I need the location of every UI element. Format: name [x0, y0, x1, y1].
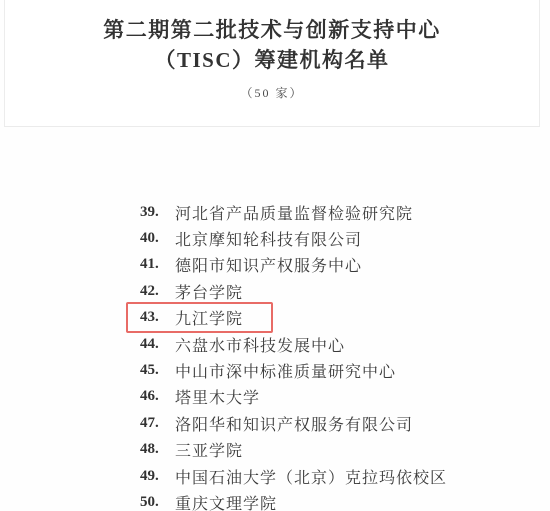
- list-item-highlighted: 43. 九江学院: [140, 305, 447, 331]
- list-item-number: 39.: [140, 204, 175, 221]
- list-item-name: 茅台学院: [175, 280, 243, 303]
- list-item: 45. 中山市深中标准质量研究中心: [140, 357, 447, 383]
- list-item-content: 40. 北京摩知轮科技有限公司: [140, 227, 362, 250]
- list-item-content: 44. 六盘水市科技发展中心: [140, 333, 345, 356]
- list-item: 42. 茅台学院: [140, 278, 447, 304]
- list-item: 44. 六盘水市科技发展中心: [140, 331, 447, 357]
- list-item-number: 43.: [140, 309, 175, 326]
- list-item: 41. 德阳市知识产权服务中心: [140, 252, 447, 278]
- list-item-content: 39. 河北省产品质量监督检验研究院: [140, 201, 413, 224]
- list-item-number: 41.: [140, 256, 175, 273]
- list-item-number: 42.: [140, 283, 175, 300]
- list-item-content: 50. 重庆文理学院: [140, 491, 277, 511]
- list-item-name: 中山市深中标准质量研究中心: [175, 359, 396, 382]
- list-item: 48. 三亚学院: [140, 437, 447, 463]
- list-item-name: 三亚学院: [175, 438, 243, 461]
- list-item-content: 48. 三亚学院: [140, 438, 243, 461]
- list-item-number: 47.: [140, 415, 175, 432]
- list-item-number: 48.: [140, 441, 175, 458]
- list-item-name: 六盘水市科技发展中心: [175, 333, 345, 356]
- list-item-number: 44.: [140, 336, 175, 353]
- list-item-name: 重庆文理学院: [175, 491, 277, 511]
- list-item-number: 46.: [140, 388, 175, 405]
- list-item-number: 40.: [140, 230, 175, 247]
- list-item-content: 46. 塔里木大学: [140, 385, 260, 408]
- list-item-name: 中国石油大学（北京）克拉玛依校区: [175, 465, 447, 488]
- list-item: 46. 塔里木大学: [140, 384, 447, 410]
- document-page: 第二期第二批技术与创新支持中心 （TISC）筹建机构名单 （50 家） 39. …: [0, 0, 550, 511]
- list-item: 40. 北京摩知轮科技有限公司: [140, 225, 447, 251]
- list-item-content: 42. 茅台学院: [140, 280, 243, 303]
- list-item-content: 49. 中国石油大学（北京）克拉玛依校区: [140, 465, 447, 488]
- list-item-name: 德阳市知识产权服务中心: [175, 253, 362, 276]
- institution-list: 39. 河北省产品质量监督检验研究院 40. 北京摩知轮科技有限公司 41. 德…: [140, 199, 447, 511]
- document-header: 第二期第二批技术与创新支持中心 （TISC）筹建机构名单 （50 家）: [4, 0, 540, 127]
- list-item-name: 河北省产品质量监督检验研究院: [175, 201, 413, 224]
- highlight-box: 43. 九江学院: [126, 302, 273, 333]
- list-item-name: 九江学院: [175, 306, 243, 329]
- list-item: 50. 重庆文理学院: [140, 489, 447, 511]
- list-item-name: 北京摩知轮科技有限公司: [175, 227, 362, 250]
- list-item-number: 49.: [140, 468, 175, 485]
- document-subtitle: （50 家）: [5, 84, 539, 101]
- list-item: 49. 中国石油大学（北京）克拉玛依校区: [140, 463, 447, 489]
- list-item-content: 45. 中山市深中标准质量研究中心: [140, 359, 396, 382]
- list-item-content: 41. 德阳市知识产权服务中心: [140, 253, 362, 276]
- list-item: 39. 河北省产品质量监督检验研究院: [140, 199, 447, 225]
- list-item-name: 洛阳华和知识产权服务有限公司: [175, 412, 413, 435]
- document-title-line2: （TISC）筹建机构名单: [5, 45, 539, 75]
- list-item-content: 47. 洛阳华和知识产权服务有限公司: [140, 412, 413, 435]
- list-item-number: 50.: [140, 494, 175, 511]
- list-item-number: 45.: [140, 362, 175, 379]
- list-item-name: 塔里木大学: [175, 385, 260, 408]
- document-title-line1: 第二期第二批技术与创新支持中心: [5, 15, 539, 45]
- list-item: 47. 洛阳华和知识产权服务有限公司: [140, 410, 447, 436]
